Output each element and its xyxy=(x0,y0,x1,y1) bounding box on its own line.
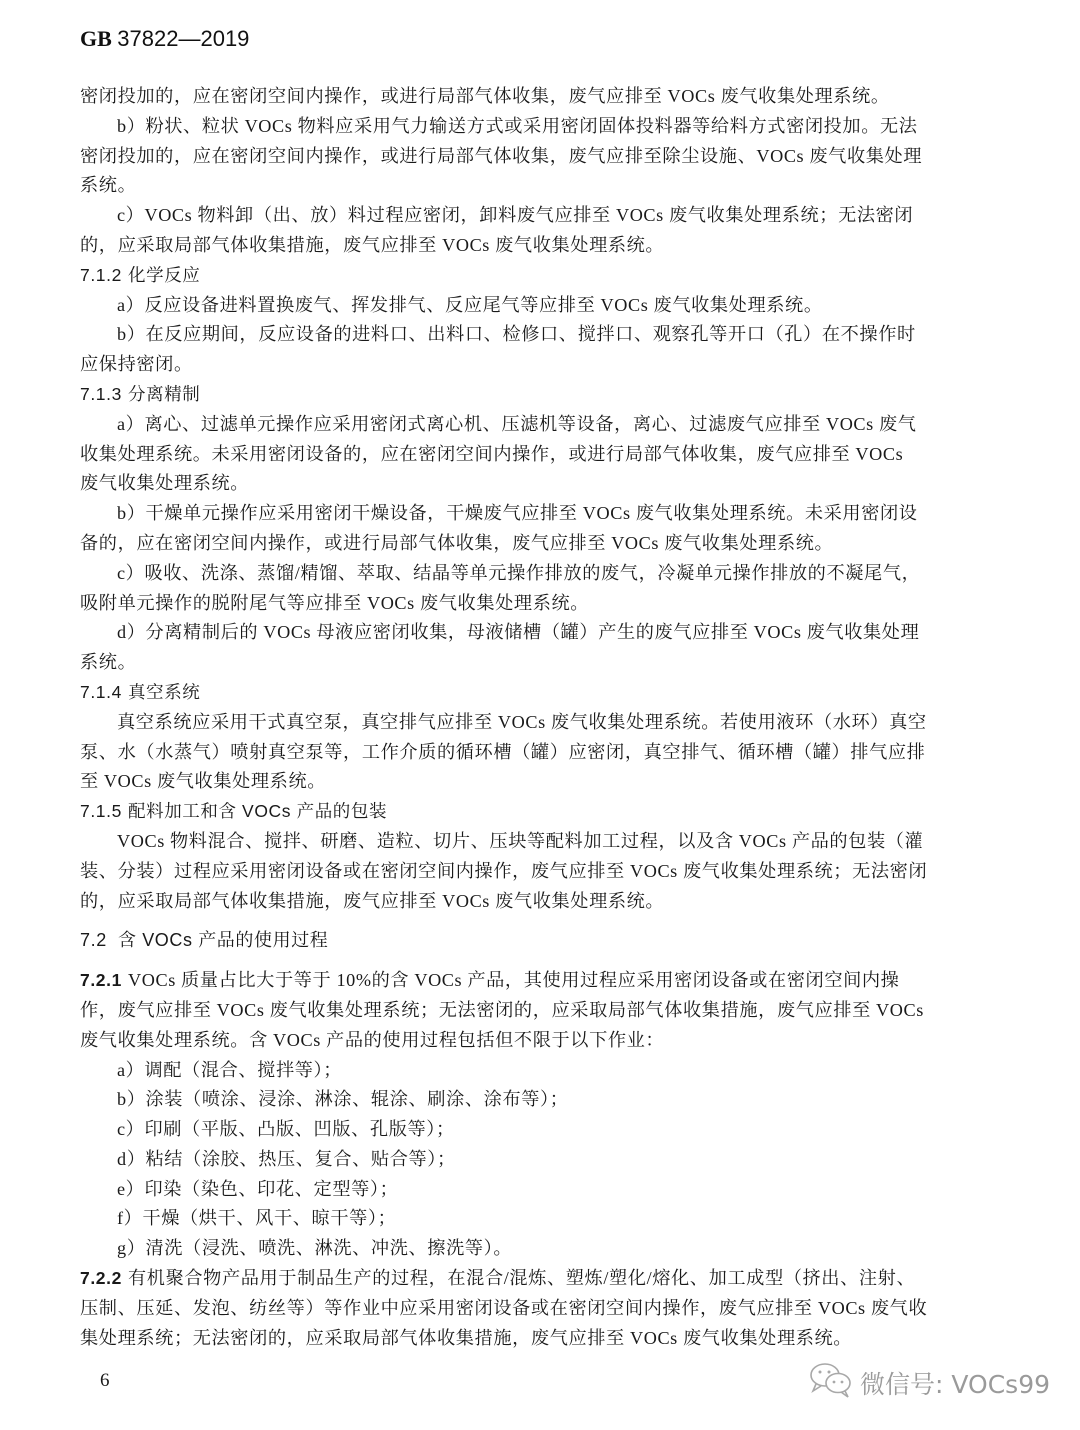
paragraph-line: d）分离精制后的 VOCs 母液应密闭收集，母液储槽（罐）产生的废气应排至 VO… xyxy=(80,618,974,648)
wechat-icon xyxy=(808,1360,860,1406)
document-header: GB 37822—2019 xyxy=(80,26,249,52)
paragraph-line: 系统。 xyxy=(80,171,974,201)
clause-number-7-2-2: 7.2.2 xyxy=(80,1264,128,1294)
list-item: e）印染（染色、印花、定型等）； xyxy=(80,1175,974,1205)
list-item: f）干燥（烘干、风干、晾干等）； xyxy=(80,1204,974,1234)
watermark-text: 微信号: VOCs99 xyxy=(860,1365,1050,1401)
list-item: c）印刷（平版、凸版、凹版、孔版等）； xyxy=(80,1115,974,1145)
paragraph-line: 装、分装）过程应采用密闭设备或在密闭空间内操作，废气应排至 VOCs 废气收集处… xyxy=(80,857,974,887)
paragraph-line: 压制、压延、发泡、纺丝等）等作业中应采用密闭设备或在密闭空间内操作，废气应排至 … xyxy=(80,1294,974,1324)
page-number: 6 xyxy=(100,1370,110,1392)
paragraph-line: c）吸收、洗涤、蒸馏/精馏、萃取、结晶等单元操作排放的废气，冷凝单元操作排放的不… xyxy=(80,559,974,589)
paragraph-line: 真空系统应采用干式真空泵，真空排气应排至 VOCs 废气收集处理系统。若使用液环… xyxy=(80,708,974,738)
paragraph-line: 废气收集处理系统。 xyxy=(80,469,974,499)
paragraph-line: 泵、水（水蒸气）喷射真空泵等，工作介质的循环槽（罐）应密闭，真空排气、循环槽（罐… xyxy=(80,738,974,768)
paragraph-line: 应保持密闭。 xyxy=(80,350,974,380)
paragraph-line: 的，应采取局部气体收集措施，废气应排至 VOCs 废气收集处理系统。 xyxy=(80,231,974,261)
paragraph-line: 备的，应在密闭空间内操作，或进行局部气体收集，废气应排至 VOCs 废气收集处理… xyxy=(80,529,974,559)
section-heading-7-1-4: 7.1.4真空系统 xyxy=(80,678,974,708)
paragraph-line: 作，废气应排至 VOCs 废气收集处理系统；无法密闭的，应采取局部气体收集措施，… xyxy=(80,996,974,1026)
paragraph-line: 密闭投加的，应在密闭空间内操作，或进行局部气体收集，废气应排至除尘设施、VOCs… xyxy=(80,142,974,172)
list-item: a）调配（混合、搅拌等）； xyxy=(80,1056,974,1086)
paragraph-line: 系统。 xyxy=(80,648,974,678)
paragraph-line: 收集处理系统。未采用密闭设备的，应在密闭空间内操作，或进行局部气体收集，废气应排… xyxy=(80,440,974,470)
section-heading-7-2: 7.2含 VOCs 产品的使用过程 xyxy=(80,926,974,956)
paragraph-line: VOCs 物料混合、搅拌、研磨、造粒、切片、压块等配料加工过程，以及含 VOCs… xyxy=(80,827,974,857)
section-heading-7-1-2: 7.1.2化学反应 xyxy=(80,261,974,291)
paragraph-line: b）粉状、粒状 VOCs 物料应采用气力输送方式或采用密闭固体投料器等给料方式密… xyxy=(80,112,974,142)
paragraph-line: a）反应设备进料置换废气、挥发排气、反应尾气等应排至 VOCs 废气收集处理系统… xyxy=(80,291,974,321)
section-heading-7-1-5: 7.1.5配料加工和含 VOCs 产品的包装 xyxy=(80,797,974,827)
standard-code: 37822—2019 xyxy=(117,26,249,51)
page-content: 密闭投加的，应在密闭空间内操作，或进行局部气体收集，废气应排至 VOCs 废气收… xyxy=(80,82,974,1353)
paragraph-line: 吸附单元操作的脱附尾气等应排至 VOCs 废气收集处理系统。 xyxy=(80,589,974,619)
clause-number-7-2-1: 7.2.1 xyxy=(80,966,128,996)
paragraph-line: 集处理系统；无法密闭的，应采取局部气体收集措施，废气应排至 VOCs 废气收集处… xyxy=(80,1324,974,1354)
paragraph-line: b）干燥单元操作应采用密闭干燥设备，干燥废气应排至 VOCs 废气收集处理系统。… xyxy=(80,499,974,529)
list-item: d）粘结（涂胶、热压、复合、贴合等）； xyxy=(80,1145,974,1175)
paragraph-line: a）离心、过滤单元操作应采用密闭式离心机、压滤机等设备，离心、过滤废气应排至 V… xyxy=(80,410,974,440)
section-heading-7-1-3: 7.1.3分离精制 xyxy=(80,380,974,410)
standard-prefix: GB xyxy=(80,26,112,51)
paragraph-line: 7.2.2有机聚合物产品用于制品生产的过程，在混合/混炼、塑炼/塑化/熔化、加工… xyxy=(80,1264,974,1294)
paragraph-line: 废气收集处理系统。含 VOCs 产品的使用过程包括但不限于以下作业： xyxy=(80,1026,974,1056)
paragraph-line: 的，应采取局部气体收集措施，废气应排至 VOCs 废气收集处理系统。 xyxy=(80,887,974,917)
list-item: g）清洗（浸洗、喷洗、淋洗、冲洗、擦洗等）。 xyxy=(80,1234,974,1264)
paragraph-line: 7.2.1VOCs 质量占比大于等于 10%的含 VOCs 产品，其使用过程应采… xyxy=(80,966,974,996)
list-item: b）涂装（喷涂、浸涂、淋涂、辊涂、刷涂、涂布等）； xyxy=(80,1085,974,1115)
paragraph-line: b）在反应期间，反应设备的进料口、出料口、检修口、搅拌口、观察孔等开口（孔）在不… xyxy=(80,320,974,350)
wechat-watermark: 微信号: VOCs99 xyxy=(808,1360,1050,1406)
paragraph-line: c）VOCs 物料卸（出、放）料过程应密闭，卸料废气应排至 VOCs 废气收集处… xyxy=(80,201,974,231)
paragraph-line: 密闭投加的，应在密闭空间内操作，或进行局部气体收集，废气应排至 VOCs 废气收… xyxy=(80,82,974,112)
paragraph-line: 至 VOCs 废气收集处理系统。 xyxy=(80,767,974,797)
